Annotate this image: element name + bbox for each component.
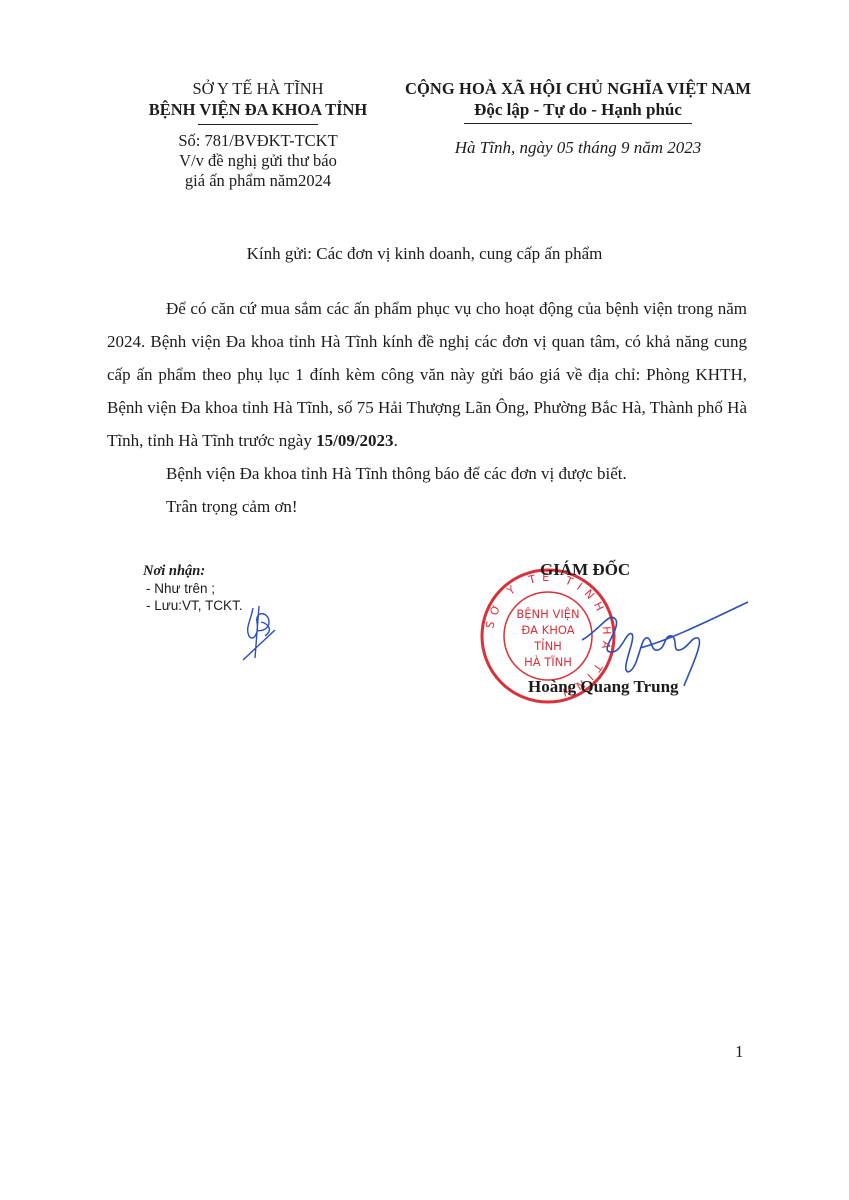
closing-line: Trân trọng cảm ơn! [107, 490, 747, 523]
recipients-title: Nơi nhận: [143, 562, 243, 580]
deadline-date: 15/09/2023 [316, 431, 393, 450]
agency-name: SỞ Y TẾ HÀ TĨNH [120, 78, 396, 99]
national-header-block: CỘNG HOÀ XÃ HỘI CHỦ NGHĨA VIỆT NAM Độc l… [388, 78, 768, 158]
signer-name: Hoàng Quang Trung [528, 677, 679, 697]
letter-body: Để có căn cứ mua sắm các ấn phẩm phục vụ… [107, 292, 747, 523]
divider [198, 124, 318, 125]
svg-text:ĐA KHOA: ĐA KHOA [521, 623, 574, 637]
place-date: Hà Tĩnh, ngày 05 tháng 9 năm 2023 [388, 138, 768, 158]
national-motto: Độc lập - Tự do - Hạnh phúc [388, 99, 768, 120]
signer-position: GIÁM ĐỐC [540, 560, 630, 580]
svg-text:BỆNH VIỆN: BỆNH VIỆN [516, 606, 579, 621]
divider [464, 123, 692, 124]
national-title: CỘNG HOÀ XÃ HỘI CHỦ NGHĨA VIỆT NAM [388, 78, 768, 99]
document-number: Số: 781/BVĐKT-TCKT [120, 131, 396, 151]
initial-signature-icon [225, 600, 295, 665]
body-paragraph: Để có căn cứ mua sắm các ấn phẩm phục vụ… [107, 292, 747, 457]
document-subject: V/v đề nghị gửi thư báo giá ấn phẩm năm2… [168, 151, 348, 191]
salutation: Kính gửi: Các đơn vị kinh doanh, cung cấ… [0, 244, 849, 264]
issuing-authority-block: SỞ Y TẾ HÀ TĨNH BỆNH VIỆN ĐA KHOA TỈNH S… [120, 78, 396, 191]
recipient-item: - Như trên ; [143, 580, 243, 597]
punctuation: . [394, 431, 398, 450]
page-number: 1 [735, 1042, 744, 1062]
organization-name: BỆNH VIỆN ĐA KHOA TỈNH [120, 99, 396, 120]
svg-text:HÀ TĨNH: HÀ TĨNH [524, 654, 572, 669]
svg-text:TỈNH: TỈNH [533, 637, 562, 653]
body-paragraph: Bệnh viện Đa khoa tỉnh Hà Tĩnh thông báo… [107, 457, 747, 490]
paragraph-text: Để có căn cứ mua sắm các ấn phẩm phục vụ… [107, 299, 747, 450]
